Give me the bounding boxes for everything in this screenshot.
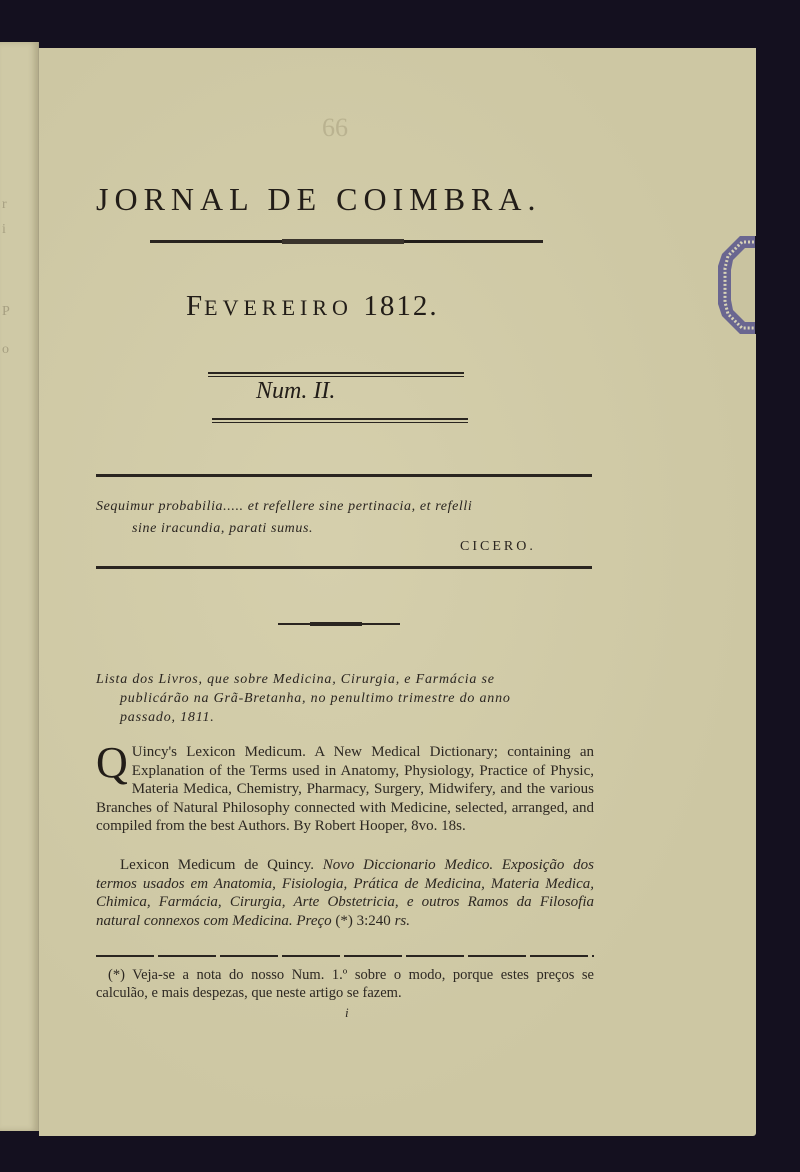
price-value: 3:240 bbox=[357, 913, 391, 929]
ornament-center bbox=[282, 239, 404, 244]
price-label: Preço bbox=[296, 913, 331, 929]
entry-english-text: Uincy's Lexicon Medicum. A New Medical D… bbox=[96, 744, 594, 834]
section-heading-line-3: passado, 1811. bbox=[96, 708, 594, 727]
issue-date: FEVEREIRO 1812. bbox=[186, 290, 439, 323]
section-divider-center bbox=[310, 622, 362, 626]
ghost-mark: o bbox=[2, 342, 9, 358]
date-year: 1812. bbox=[363, 290, 438, 322]
ghost-mark: i bbox=[2, 222, 6, 238]
left-page-edge: r i P o bbox=[0, 42, 39, 1131]
double-rule-bottom-1 bbox=[212, 418, 468, 420]
price-marker: (*) bbox=[335, 913, 353, 929]
double-rule-top-1 bbox=[208, 372, 464, 374]
epigraph-line-2: sine iracundia, parati sumus. bbox=[96, 518, 594, 540]
signature-mark: i bbox=[345, 1005, 349, 1021]
section-heading: Lista dos Livros, que sobre Medicina, Ci… bbox=[96, 670, 594, 727]
epigraph-rule-bottom bbox=[96, 566, 592, 569]
price-unit: rs. bbox=[395, 913, 410, 929]
section-heading-line-2: publicárão na Grã-Bretanha, no penultimo… bbox=[96, 689, 594, 708]
footnote-rule bbox=[96, 955, 594, 957]
footnote: (*) Veja-se a nota do nosso Num. 1.º sob… bbox=[96, 966, 594, 1002]
epigraph-attribution: CICERO. bbox=[460, 539, 536, 555]
entry-portuguese-roman: Lexicon Medicum de Quincy. bbox=[96, 857, 314, 873]
ghost-mark: r bbox=[2, 197, 7, 213]
book-entry-english: QUincy's Lexicon Medicum. A New Medical … bbox=[96, 743, 594, 836]
epigraph-rule-top bbox=[96, 474, 592, 477]
date-month-rest: EVEREIRO bbox=[204, 295, 353, 320]
drop-cap: Q bbox=[96, 745, 128, 781]
library-stamp-icon bbox=[718, 236, 758, 334]
ghost-mark: P bbox=[2, 304, 10, 320]
epigraph: Sequimur probabilia..... et refellere si… bbox=[96, 496, 594, 540]
footnote-text: (*) Veja-se a nota do nosso Num. 1.º sob… bbox=[96, 967, 594, 1001]
journal-title: JORNAL DE COIMBRA. bbox=[96, 181, 596, 218]
date-month-initial: F bbox=[186, 290, 204, 322]
ghost-page-number: 66 bbox=[322, 113, 348, 143]
double-rule-top-2 bbox=[208, 376, 464, 377]
double-rule-bottom-2 bbox=[212, 422, 468, 423]
section-heading-line-1: Lista dos Livros, que sobre Medicina, Ci… bbox=[96, 672, 495, 687]
issue-number: Num. II. bbox=[256, 378, 335, 405]
epigraph-line-1: Sequimur probabilia..... et refellere si… bbox=[96, 496, 594, 518]
book-entry-portuguese: Lexicon Medicum de Quincy. Novo Dicciona… bbox=[96, 856, 594, 930]
